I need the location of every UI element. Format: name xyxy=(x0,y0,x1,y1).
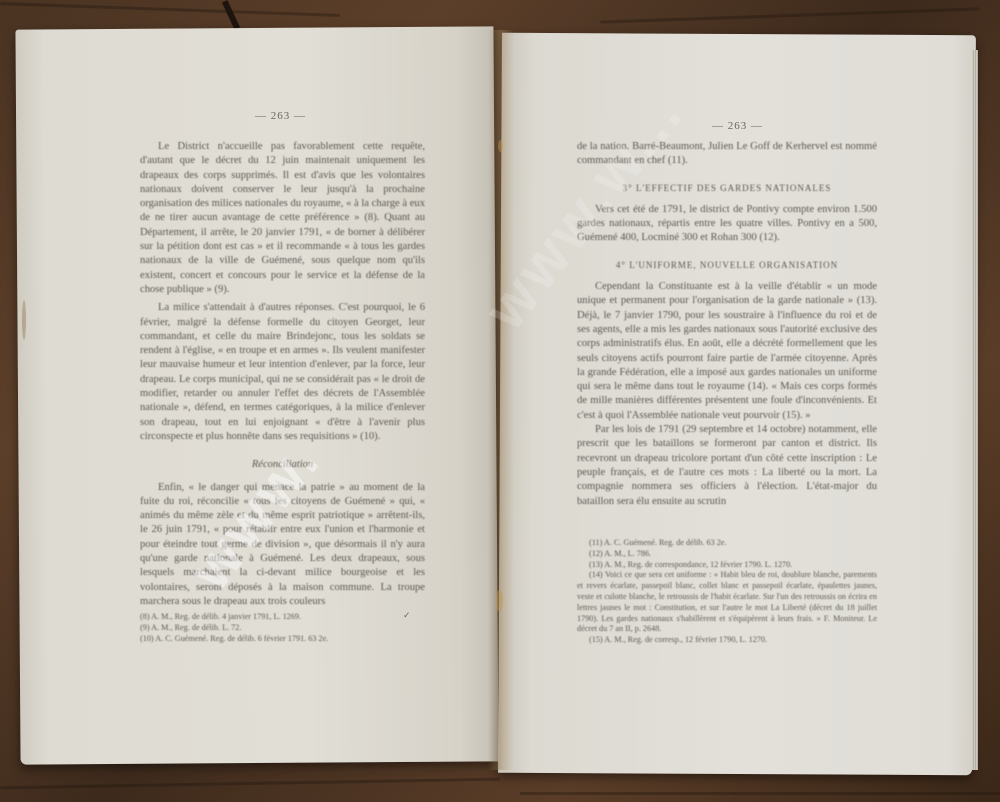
footnote: (9) A. M., Reg. de délib. L. 72. xyxy=(140,623,400,634)
footnote: (12) A. M., L. 786. xyxy=(577,549,877,560)
right-page-number: — 263 — xyxy=(712,120,763,132)
left-footnotes: (8) A. M., Reg. de délib. 4 janvier 1791… xyxy=(140,612,400,644)
footnote: (15) A. M., Reg. de corresp., 12 février… xyxy=(577,635,877,646)
foxing-stain xyxy=(498,140,503,152)
left-page-number: — 263 — xyxy=(255,110,306,122)
footnote: (8) A. M., Reg. de délib. 4 janvier 1791… xyxy=(140,612,400,623)
footnote: (14) Voici ce que sera cet uniforme : « … xyxy=(577,570,877,635)
paragraph: Le District n'accueille pas favorablemen… xyxy=(140,140,425,297)
footnote: (11) A. C. Guémené. Reg. de délib. 63 2e… xyxy=(577,538,877,549)
paragraph: Cependant la Constituante est à la veill… xyxy=(577,280,877,423)
foxing-stain xyxy=(496,590,503,612)
paragraph: Par les lois de 1791 (29 septembre et 14… xyxy=(577,423,877,509)
right-footnotes: (11) A. C. Guémené. Reg. de délib. 63 2e… xyxy=(577,538,877,646)
left-body-text: Le District n'accueille pas favorablemen… xyxy=(140,140,425,609)
table-grain xyxy=(0,778,500,790)
foxing-stain xyxy=(22,300,26,340)
table-grain xyxy=(520,792,1000,795)
footnote: (10) A. C. Guémené. Reg. de délib. 6 fév… xyxy=(140,634,400,645)
footnote: (13) A. M., Reg. de correspondance, 12 f… xyxy=(577,560,877,571)
table-gap xyxy=(222,0,240,30)
table-grain xyxy=(600,7,980,23)
table-grain xyxy=(0,2,340,17)
paragraph: La milice s'attendait à d'autres réponse… xyxy=(140,301,425,444)
pencil-check-mark-icon: ✓ xyxy=(403,610,411,621)
section-heading-uniforme: 4° L'uniforme, nouvelle organisation xyxy=(577,258,877,272)
page-edge-stack xyxy=(972,50,978,770)
